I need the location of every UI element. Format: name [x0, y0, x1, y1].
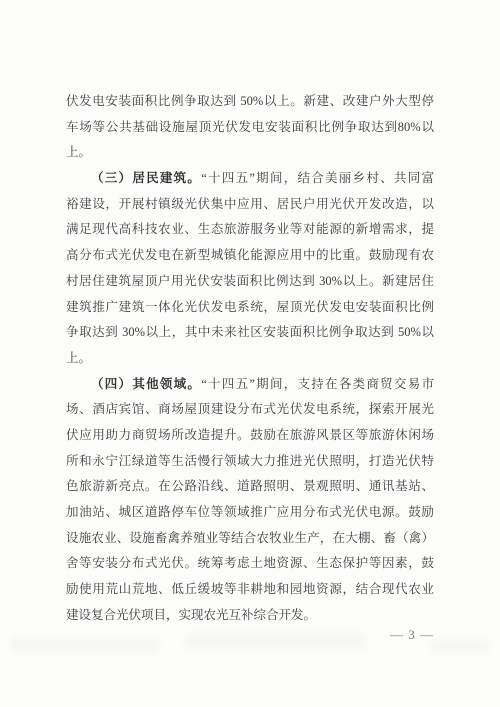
- text-line: 色旅游新亮点。在公路沿线、道路照明、景观照明、通讯基站、: [66, 474, 434, 500]
- text-line: 场、酒店宾馆、商场屋顶建设分布式光伏发电系统，探索开展光: [66, 397, 434, 423]
- text-line: 建筑推广建筑一体化光伏发电系统，屋顶光伏发电安装面积比例: [66, 295, 434, 321]
- scan-artifact: [10, 638, 160, 652]
- document-body: 伏发电安装面积比例争取达到 50%以上。新建、改建户外大型停车场等公共基础设施屋…: [66, 89, 434, 628]
- text-line: 设施农业、设施畜禽养殖业等结合农牧业生产，在大棚、畜（禽）: [66, 526, 434, 552]
- text-line: （四）其他领域。“十四五”期间，支持在各类商贸交易市: [66, 372, 434, 398]
- section-heading: （四）其他领域。: [91, 377, 201, 391]
- document-page: 伏发电安装面积比例争取达到 50%以上。新建、改建户外大型停车场等公共基础设施屋…: [0, 0, 500, 707]
- scan-artifact: [430, 640, 490, 652]
- text-line: 争取达到 30%以上，其中未来社区安装面积比例争取达到 50%以: [66, 320, 434, 346]
- text-line: 村居住建筑屋顶户用光伏安装面积比例达到 30%以上。新建居住: [66, 269, 434, 295]
- text-line: 舍等安装分布式光伏。统筹考虑土地资源、生态保护等因素，鼓: [66, 551, 434, 577]
- page-number: — 3 —: [390, 627, 434, 643]
- section-heading: （三）居民建筑。: [91, 171, 201, 185]
- text-line: 车场等公共基础设施屋顶光伏发电安装面积比例争取达到80%以: [66, 115, 434, 141]
- text-line: 高分布式光伏发电在新型城镇化能源应用中的比重。鼓励现有农: [66, 243, 434, 269]
- text-line: 满足现代高科技农业、生态旅游服务业等对能源的新增需求，提: [66, 217, 434, 243]
- text-line: 上。: [66, 140, 434, 166]
- text-line: 上。: [66, 346, 434, 372]
- text-line: 建设复合光伏项目，实现农光互补综合开发。: [66, 603, 434, 629]
- text-line: 裕建设，开展村镇级光伏集中应用、居民户用光伏开发改造，以: [66, 192, 434, 218]
- text-line: 所和永宁江绿道等生活慢行领域大力推进光伏照明，打造光伏特: [66, 449, 434, 475]
- text-line: （三）居民建筑。“十四五”期间，结合美丽乡村、共同富: [66, 166, 434, 192]
- text-line: 加油站、城区道路停车位等领域推广应用分布式光伏电源。鼓励: [66, 500, 434, 526]
- text-line: 伏发电安装面积比例争取达到 50%以上。新建、改建户外大型停: [66, 89, 434, 115]
- text-line: 励使用荒山荒地、低丘缓坡等非耕地和园地资源，结合现代农业: [66, 577, 434, 603]
- text-line: 伏应用助力商贸场所改造提升。鼓励在旅游风景区等旅游休闲场: [66, 423, 434, 449]
- scan-artifact: [185, 633, 365, 649]
